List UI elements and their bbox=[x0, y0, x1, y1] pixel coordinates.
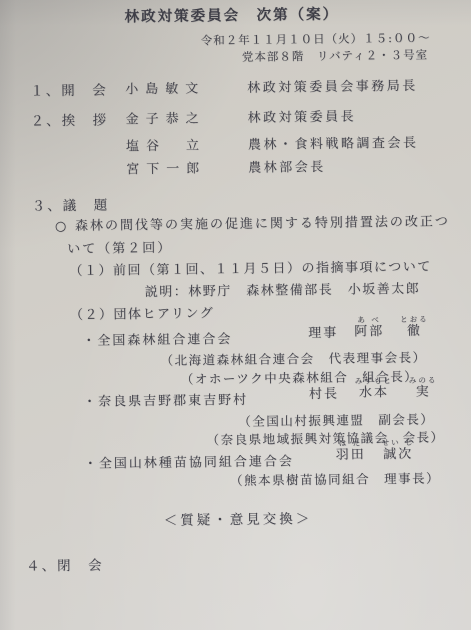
agenda-sub-item: （２）団体ヒアリング bbox=[70, 306, 214, 324]
greeter-name: 宮下一郎 bbox=[126, 161, 206, 178]
page-title: 林政対策委員会 次第（案） bbox=[0, 4, 467, 28]
speaker-name-ruby: せい じ 誠次 bbox=[382, 439, 415, 465]
speaker-name-ruby: あ べ 阿部 bbox=[354, 316, 384, 342]
hearing-note: （熊本県樹苗協同組合 理事長） bbox=[230, 471, 440, 489]
item3-heading: ３、議 題 bbox=[32, 198, 110, 216]
topic-marker: ○ bbox=[55, 219, 69, 235]
speaker-role: 理事 bbox=[308, 322, 338, 342]
name-base: 実 bbox=[416, 385, 431, 402]
speaker-name-ruby: とおる 徹 bbox=[400, 316, 429, 341]
greeter-role: 農林部会長 bbox=[248, 160, 326, 177]
greeter-name: 塩谷 立 bbox=[126, 138, 206, 155]
hearing-org: ・全国山林種苗協同組合連合会 bbox=[84, 454, 294, 473]
name-base: 水本 bbox=[359, 385, 389, 402]
topic-line: 森林の間伐等の実施の促進に関する特別措置法の改正つ bbox=[75, 214, 450, 235]
speaker-role: 村長 bbox=[309, 383, 339, 403]
hearing-speaker: 村長 みずもと 水本 みのる 実 bbox=[309, 377, 438, 404]
greeter-name: 金子恭之 bbox=[126, 111, 206, 128]
hearing-speaker: は た 羽田 せい じ 誠次 bbox=[336, 439, 415, 465]
name-base: 徹 bbox=[407, 324, 422, 341]
greeter-role: 林政対策委員長 bbox=[248, 110, 357, 128]
agenda-sheet: 林政対策委員会 次第（案） 令和２年１１月１０日（火）１５:００～ 党本部８階 … bbox=[0, 0, 471, 630]
meeting-venue: 党本部８階 リバティ２・３号室 bbox=[242, 48, 428, 65]
item1-person: 小島敏文 bbox=[125, 81, 205, 98]
speaker-name-ruby: みのる 実 bbox=[409, 377, 438, 402]
speaker-name-ruby: みずもと 水本 bbox=[355, 377, 393, 403]
greeter-role: 農林・食料戦略調査会長 bbox=[248, 136, 419, 154]
hearing-org: ・奈良県吉野郡東吉野村 bbox=[83, 393, 248, 411]
hearing-note: （全国山村振興連盟 副会長） bbox=[238, 412, 434, 430]
meeting-datetime: 令和２年１１月１０日（火）１５:００～ bbox=[201, 31, 431, 48]
item4-heading: ４、閉 会 bbox=[26, 558, 104, 576]
name-base: 羽田 bbox=[336, 448, 366, 465]
name-base: 阿部 bbox=[354, 324, 384, 341]
qa-session-label: ＜質疑・意見交換＞ bbox=[2, 509, 471, 532]
item2-heading: ２、挨 拶 bbox=[31, 113, 109, 131]
hearing-note: （北海道森林組合連合会 代表理事会長） bbox=[160, 350, 426, 369]
topic-line: いて（第２回） bbox=[67, 241, 172, 259]
hearing-speaker: 理事 あ べ 阿部 とおる 徹 bbox=[308, 316, 429, 343]
speaker-name-ruby: は た 羽田 bbox=[336, 439, 366, 465]
hearing-org: ・全国森林組合連合会 bbox=[82, 332, 232, 350]
item1-heading: １、開 会 bbox=[30, 83, 108, 101]
agenda-sub-item: （１）前回（第１回、１１月５日）の指摘事項について bbox=[69, 260, 431, 281]
explanation-line: 説明：林野庁 森林整備部長 小坂善太郎 bbox=[145, 282, 421, 302]
item1-role: 林政対策委員会事務局長 bbox=[247, 79, 418, 97]
name-base: 誠次 bbox=[383, 447, 413, 464]
document-photo: 林政対策委員会 次第（案） 令和２年１１月１０日（火）１５:００～ 党本部８階 … bbox=[0, 0, 471, 630]
